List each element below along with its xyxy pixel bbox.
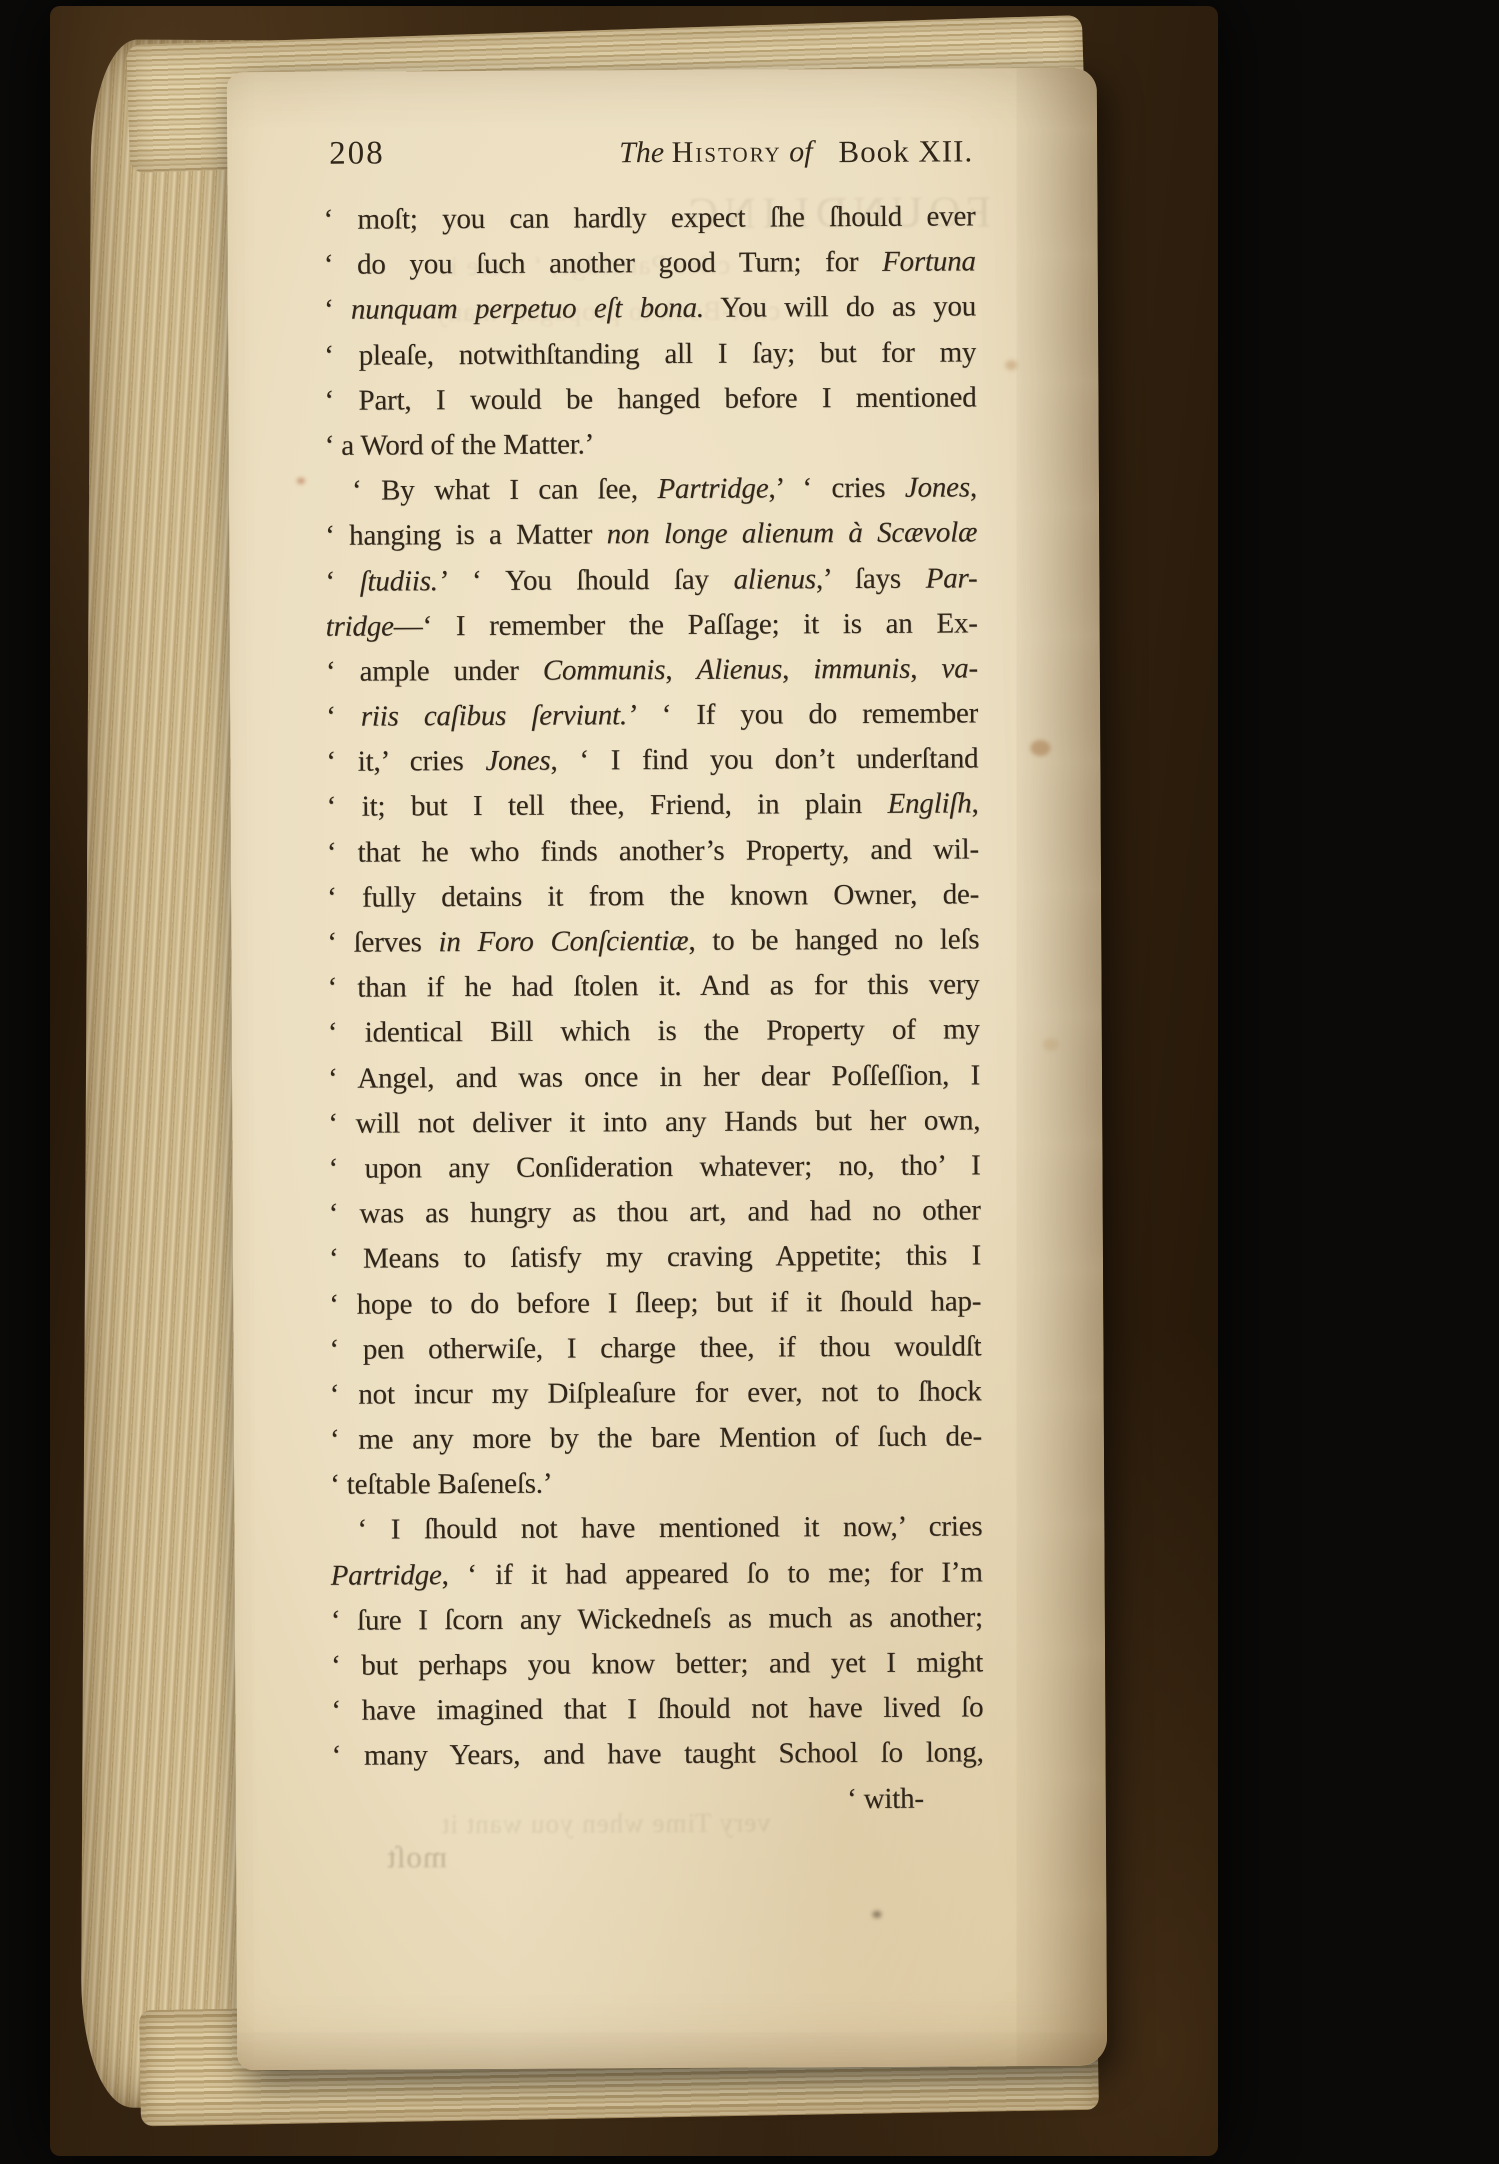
text-run: , <box>665 654 696 686</box>
text-run: ‘ ſerves <box>327 926 438 959</box>
text-run: ‘ was as hungry as thou art, and had no … <box>329 1194 981 1229</box>
italic-text: Jones <box>485 745 550 777</box>
italic-text: Alienus <box>696 653 782 685</box>
text-line: ‘ moſt; you can hardly expect ſhe ſhould… <box>323 194 975 243</box>
text-block: 208 The History of Book XII. ‘ moſt; you… <box>323 132 984 1824</box>
text-run: ‘ ſure I ſcorn any Wickedneſs as much as… <box>331 1601 983 1636</box>
italic-text: ſtudiis.’ <box>360 565 448 597</box>
italic-text: Communis <box>543 654 666 687</box>
italic-text: immunis <box>813 653 910 686</box>
text-run: , ‘ I find you don’t underſtand <box>550 743 978 777</box>
text-run: ‘ I ſhould not have mentioned it now,’ c… <box>357 1511 982 1546</box>
body-text: ‘ moſt; you can hardly expect ſhe ſhould… <box>323 194 983 1779</box>
foxing-spot <box>872 1911 881 1918</box>
italic-text: riis caſibus ſerviunt.’ <box>361 699 637 732</box>
italic-text: Partridge <box>657 473 768 506</box>
foxing-spot <box>297 478 305 484</box>
page-number: 208 <box>329 135 385 172</box>
text-line: ‘ ample under Communis, Alienus, immunis… <box>326 646 978 695</box>
ghost-text: moſt <box>386 1839 447 1875</box>
text-line: ‘ than if he had ſtolen it. And as for t… <box>327 963 979 1012</box>
text-line: ‘ By what I can ſee, Partridge,’ ‘ cries… <box>325 465 977 514</box>
running-title: The History of <box>619 135 812 170</box>
text-line: ‘ hanging is a Matter non longe alienum … <box>325 511 977 560</box>
text-run: ‘ fully detains it from the known Owner,… <box>327 878 979 913</box>
text-line: ‘ me any more by the bare Mention of ſuc… <box>330 1414 982 1463</box>
text-run: ‘ it; but I tell thee, Friend, in plain <box>327 788 888 823</box>
text-line: ‘ identical Bill which is the Property o… <box>328 1008 980 1057</box>
text-line: ‘ but perhaps you know better; and yet I… <box>331 1640 983 1689</box>
text-run: ‘ have imagined that I ſhould not have l… <box>331 1692 983 1727</box>
text-run: ‘ not incur my Diſpleaſure for ever, not… <box>330 1375 982 1410</box>
text-run: , <box>910 652 941 684</box>
text-line: ‘ have imagined that I ſhould not have l… <box>331 1686 983 1735</box>
text-line: ‘ it; but I tell thee, Friend, in plain … <box>327 782 979 831</box>
text-run: You will do as you <box>704 291 976 324</box>
book-label: Book XII. <box>838 133 973 170</box>
italic-text: in Foro Conſcientiæ <box>438 925 688 958</box>
text-line: ‘ ſure I ſcorn any Wickedneſs as much as… <box>331 1595 983 1644</box>
text-line: ‘ it,’ cries Jones, ‘ I find you don’t u… <box>326 737 978 786</box>
foxing-spot <box>1043 1038 1059 1051</box>
book-page: FOUNDLING.cries Partridge; ‘ there iscke… <box>227 68 1107 2071</box>
foxing-spot <box>1030 740 1050 756</box>
italic-text: The <box>619 136 672 169</box>
text-run: ‘ hope to do before I ſleep; but if it ſ… <box>329 1285 981 1320</box>
catchword: ‘ with- <box>332 1776 984 1825</box>
text-line: ‘ riis caſibus ſerviunt.’ ‘ If you do re… <box>326 691 978 740</box>
text-line: ‘ Part, I would be hanged before I menti… <box>324 375 976 424</box>
text-run: , ‘ if it had appeared ſo to me; for I’m <box>442 1556 983 1591</box>
text-run: ‘ Means to ſatisfy my craving Appetite; … <box>329 1240 981 1275</box>
text-line: ‘ that he who finds another’s Property, … <box>327 827 979 876</box>
text-run: , to be hanged no leſs <box>688 923 979 957</box>
text-line: tridge—‘ I remember the Paſſage; it is a… <box>326 601 978 650</box>
running-header: 208 The History of Book XII. <box>323 132 975 187</box>
text-run: History <box>672 135 782 169</box>
text-run: ‘ pen otherwiſe, I charge thee, if thou … <box>329 1330 981 1365</box>
text-line: ‘ ſtudiis.’ ‘ You ſhould ſay alienus,’ ſ… <box>325 556 977 605</box>
book-photo: FOUNDLING.cries Partridge; ‘ there iscke… <box>0 0 1499 2164</box>
text-line: ‘ I ſhould not have mentioned it now,’ c… <box>330 1505 982 1554</box>
italic-text: Fortuna <box>882 246 976 278</box>
text-line: ‘ upon any Conſideration whatever; no, t… <box>328 1143 980 1192</box>
text-line: ‘ was as hungry as thou art, and had no … <box>329 1188 981 1237</box>
italic-text: nunquam perpetuo eſt bona. <box>351 292 704 326</box>
italic-text: of <box>782 135 813 168</box>
text-run: , <box>971 788 978 820</box>
text-line: Partridge, ‘ if it had appeared ſo to me… <box>331 1550 983 1599</box>
text-line: ‘ hope to do before I ſleep; but if it ſ… <box>329 1279 981 1328</box>
text-run: ‘ Angel, and was once in her dear Poſſeſ… <box>328 1059 980 1094</box>
italic-text: tridge <box>326 610 394 642</box>
text-line: ‘ nunquam perpetuo eſt bona. You will do… <box>324 285 976 334</box>
text-run: ‘ pleaſe, notwithſtanding all I ſay; but… <box>324 336 976 371</box>
text-run: ‘ than if he had ſtolen it. And as for t… <box>327 969 979 1004</box>
text-line: ‘ Means to ſatisfy my craving Appetite; … <box>329 1234 981 1283</box>
text-run: ‘ <box>324 294 351 326</box>
text-run: ‘ but perhaps you know better; and yet I… <box>331 1646 983 1681</box>
text-line: ‘ not incur my Diſpleaſure for ever, not… <box>330 1369 982 1418</box>
text-run: ‘ upon any Conſideration whatever; no, t… <box>328 1149 980 1184</box>
text-run: ‘ Part, I would be hanged before I menti… <box>324 381 976 416</box>
italic-text: Engliſh <box>887 788 971 820</box>
italic-text: Par- <box>926 562 978 594</box>
text-line: ‘ teſtable Baſeneſs.’ <box>330 1460 982 1509</box>
italic-text: non longe alienum à Scævolæ <box>607 517 978 551</box>
text-line: ‘ many Years, and have taught School ſo … <box>331 1731 983 1780</box>
text-run: ‘ You ſhould ſay <box>447 563 733 596</box>
text-run: ‘ a Word of the Matter.’ <box>325 428 595 461</box>
text-line: ‘ will not deliver it into any Hands but… <box>328 1098 980 1147</box>
text-run: —‘ I remember the Paſſage; it is an Ex- <box>394 607 978 642</box>
text-run: ‘ teſtable Baſeneſs.’ <box>330 1468 552 1501</box>
text-run: ‘ do you ſuch another good Turn; for <box>324 246 882 281</box>
text-run: ‘ will not deliver it into any Hands but… <box>328 1104 980 1139</box>
text-run: ‘ ample under <box>326 655 543 688</box>
text-run: , <box>970 471 977 503</box>
text-run: , <box>782 653 813 685</box>
italic-text: Partridge <box>331 1559 442 1592</box>
italic-text: Jones <box>905 472 970 504</box>
foxing-spot <box>1005 360 1017 370</box>
text-run: ‘ identical Bill which is the Property o… <box>328 1014 980 1049</box>
text-run: ‘ <box>325 565 359 597</box>
text-line: ‘ Angel, and was once in her dear Poſſeſ… <box>328 1053 980 1102</box>
text-run: ,’ ſays <box>816 562 926 595</box>
text-run: ‘ moſt; you can hardly expect ſhe ſhould… <box>323 200 975 235</box>
text-run: ‘ me any more by the bare Mention of ſuc… <box>330 1420 982 1455</box>
text-run: ,’ ‘ cries <box>768 472 905 505</box>
text-run: ‘ many Years, and have taught School ſo … <box>332 1737 984 1772</box>
text-line: ‘ ſerves in Foro Conſcientiæ, to be hang… <box>327 917 979 966</box>
text-line: ‘ pen otherwiſe, I charge thee, if thou … <box>329 1324 981 1373</box>
text-line: ‘ a Word of the Matter.’ <box>325 420 977 469</box>
text-run: ‘ <box>326 701 361 733</box>
text-line: ‘ pleaſe, notwithſtanding all I ſay; but… <box>324 330 976 379</box>
text-run: ‘ that he who finds another’s Property, … <box>327 833 979 868</box>
text-run: ‘ it,’ cries <box>326 745 485 778</box>
text-run: ‘ hanging is a Matter <box>325 519 607 552</box>
italic-text: alienus <box>733 563 816 595</box>
text-line: ‘ do you ſuch another good Turn; for For… <box>324 240 976 289</box>
text-run: ‘ If you do remember <box>636 697 978 731</box>
text-line: ‘ fully detains it from the known Owner,… <box>327 872 979 921</box>
italic-text: va- <box>941 652 978 684</box>
text-run: ‘ By what I can ſee, <box>352 473 658 507</box>
